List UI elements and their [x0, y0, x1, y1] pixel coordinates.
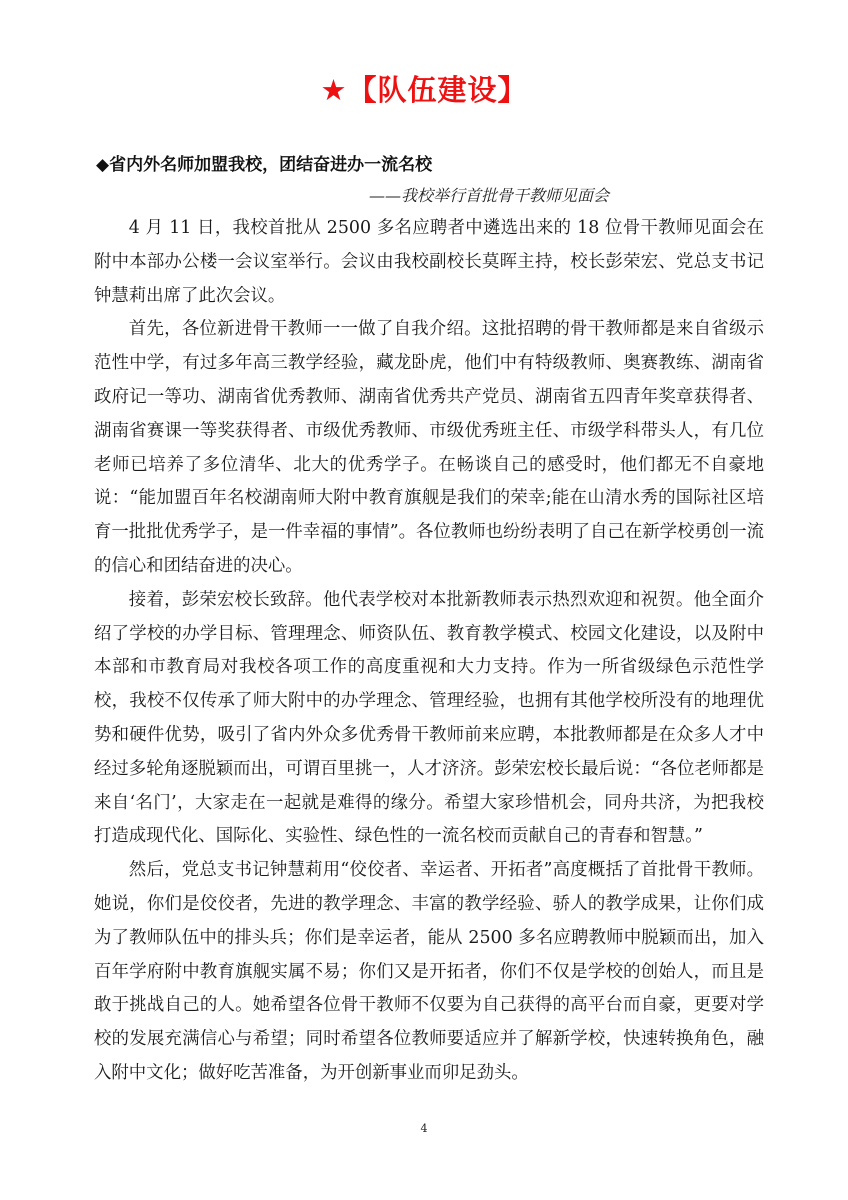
page-number: 4: [0, 1122, 848, 1135]
article-subtitle: ——我校举行首批骨干教师见面会: [0, 183, 848, 206]
section-title: ★【队伍建设】: [0, 68, 848, 109]
article-headline: ◆省内外名师加盟我校，团结奋进办一流名校: [96, 150, 432, 175]
paragraph: 4 月 11 日，我校首批从 2500 多名应聘者中遴选出来的 18 位骨干教师…: [94, 212, 764, 313]
paragraph: 首先，各位新进骨干教师一一做了自我介绍。这批招聘的骨干教师都是来自省级示范性中学…: [94, 313, 764, 583]
paragraph: 接着，彭荣宏校长致辞。他代表学校对本批新教师表示热烈欢迎和祝贺。他全面介绍了学校…: [94, 584, 764, 854]
article-body: 4 月 11 日，我校首批从 2500 多名应聘者中遴选出来的 18 位骨干教师…: [94, 212, 764, 1091]
paragraph: 然后，党总支书记钟慧莉用“佼佼者、幸运者、开拓者”高度概括了首批骨干教师。她说，…: [94, 854, 764, 1091]
